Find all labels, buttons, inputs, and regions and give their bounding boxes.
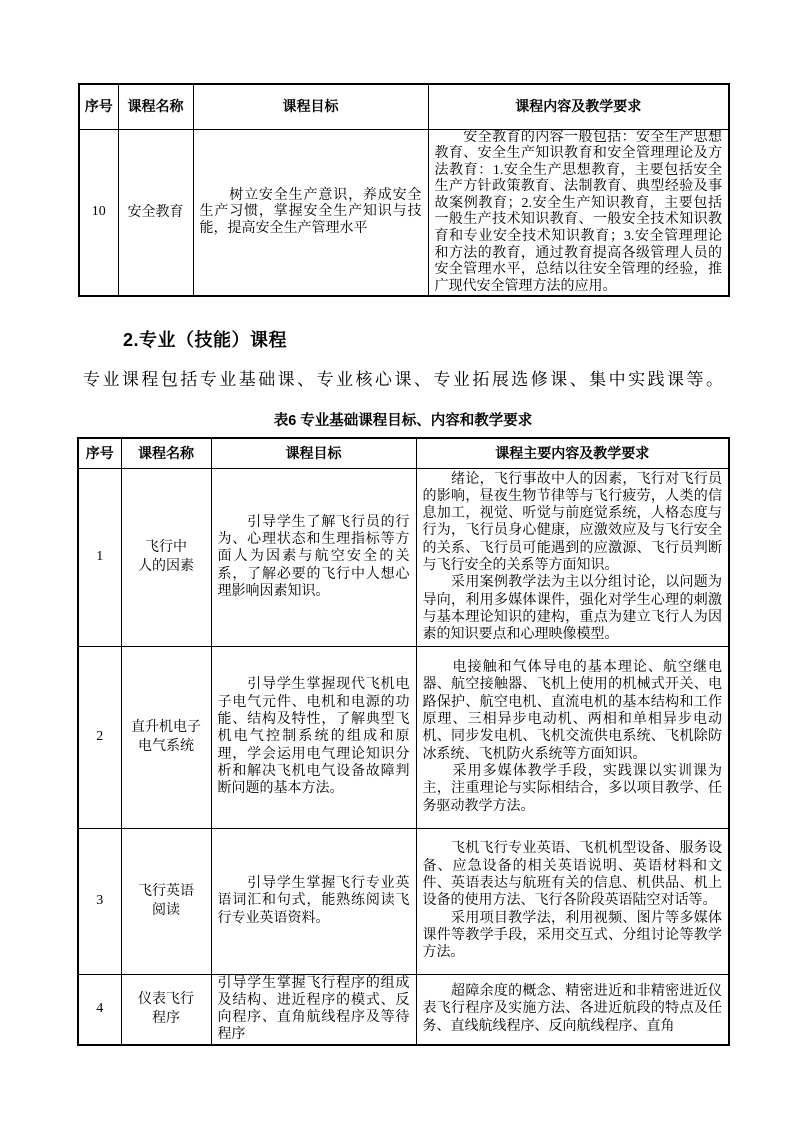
header-cell-content: 课程主要内容及教学要求 bbox=[416, 438, 729, 468]
header-cell-objective: 课程目标 bbox=[211, 438, 416, 468]
row2-objective-cell: 引导学生掌握现代飞机电子电气元件、电机和电源的功能、结构及特性，了解典型飞机电气… bbox=[211, 646, 416, 828]
row2-name-cell: 直升机电子 电气系统 bbox=[121, 646, 211, 828]
row3-name-cell: 飞行英语 阅读 bbox=[121, 828, 211, 974]
table-row-clipped: 4 仪表飞行 程序 引导学生掌握飞行程序的组成及结构、进近程序的模式、反向程序、… bbox=[78, 974, 729, 1045]
row4-objective-cell: 引导学生掌握飞行程序的组成及结构、进近程序的模式、反向程序、直角航线程序及等待程… bbox=[211, 974, 416, 1045]
table-row: 1 飞行中 人的因素 引导学生了解飞行员的行为、心理状态和生理指标等方面人为因素… bbox=[78, 468, 729, 646]
table-header-row: 序号 课程名称 课程目标 课程内容及教学要求 bbox=[79, 84, 729, 129]
row3-objective-cell: 引导学生掌握飞行专业英语词汇和句式，能熟练阅读飞行专业英语资料。 bbox=[211, 828, 416, 974]
header-cell-content: 课程内容及教学要求 bbox=[428, 84, 729, 129]
row1-content-cell: 绪论，飞行事故中人的因素，飞行对飞行员的影响，昼夜生物节律等与飞行疲劳，人类的信… bbox=[416, 468, 729, 646]
row3-content-cell: 飞机飞行专业英语、飞机机型设备、服务设备、应急设备的相关英语说明、英语材料和文件… bbox=[416, 828, 729, 974]
row4-name-cell: 仪表飞行 程序 bbox=[121, 974, 211, 1045]
row2-content-cell: 电接触和气体导电的基本理论、航空继电器、航空接触器、飞机上使用的机械式开关、电路… bbox=[416, 646, 729, 828]
basic-courses-table: 序号 课程名称 课程目标 课程主要内容及教学要求 1 飞行中 人的因素 引导学生… bbox=[77, 437, 730, 1046]
row2-number-cell: 2 bbox=[78, 646, 121, 828]
table-row: 3 飞行英语 阅读 引导学生掌握飞行专业英语词汇和句式，能熟练阅读飞行专业英语资… bbox=[78, 828, 729, 974]
table-row: 2 直升机电子 电气系统 引导学生掌握现代飞机电子电气元件、电机和电源的功能、结… bbox=[78, 646, 729, 828]
row10-name-cell: 安全教育 bbox=[118, 129, 193, 296]
row10-content-cell: 安全教育的内容一般包括：安全生产思想教育、安全生产知识教育和安全管理理论及方法教… bbox=[428, 129, 729, 296]
row1-objective-cell: 引导学生了解飞行员的行为、心理状态和生理指标等方面人为因素与航空安全的关系，了解… bbox=[211, 468, 416, 646]
header-cell-course-name: 课程名称 bbox=[118, 84, 193, 129]
document-page: 序号 课程名称 课程目标 课程内容及教学要求 10 安全教育 树立安全生产意识，… bbox=[0, 0, 793, 1122]
body-paragraph: 专业课程包括专业基础课、专业核心课、专业拓展选修课、集中实践课等。 bbox=[83, 367, 723, 393]
row4-number-cell: 4 bbox=[78, 974, 121, 1045]
row10-objective-cell: 树立安全生产意识，养成安全生产习惯，掌握安全生产知识与技能，提高安全生产管理水平 bbox=[193, 129, 428, 296]
row10-number-cell: 10 bbox=[79, 129, 118, 296]
table-header-row: 序号 课程名称 课程目标 课程主要内容及教学要求 bbox=[78, 438, 729, 468]
row4-content-cell: 超障余度的概念、精密进近和非精密进近仪表飞行程序及实施方法、各进近航段的特点及任… bbox=[416, 974, 729, 1045]
table6-caption: 表6 专业基础课程目标、内容和教学要求 bbox=[78, 409, 728, 430]
row1-name-cell: 飞行中 人的因素 bbox=[121, 468, 211, 646]
general-courses-table: 序号 课程名称 课程目标 课程内容及教学要求 10 安全教育 树立安全生产意识，… bbox=[78, 83, 730, 297]
header-cell-objective: 课程目标 bbox=[193, 84, 428, 129]
table-row: 10 安全教育 树立安全生产意识，养成安全生产习惯，掌握安全生产知识与技能，提高… bbox=[79, 129, 729, 296]
header-cell-number: 序号 bbox=[78, 438, 121, 468]
header-cell-number: 序号 bbox=[79, 84, 118, 129]
section-heading: 2.专业（技能）课程 bbox=[123, 326, 287, 352]
header-cell-course-name: 课程名称 bbox=[121, 438, 211, 468]
row3-number-cell: 3 bbox=[78, 828, 121, 974]
row1-number-cell: 1 bbox=[78, 468, 121, 646]
